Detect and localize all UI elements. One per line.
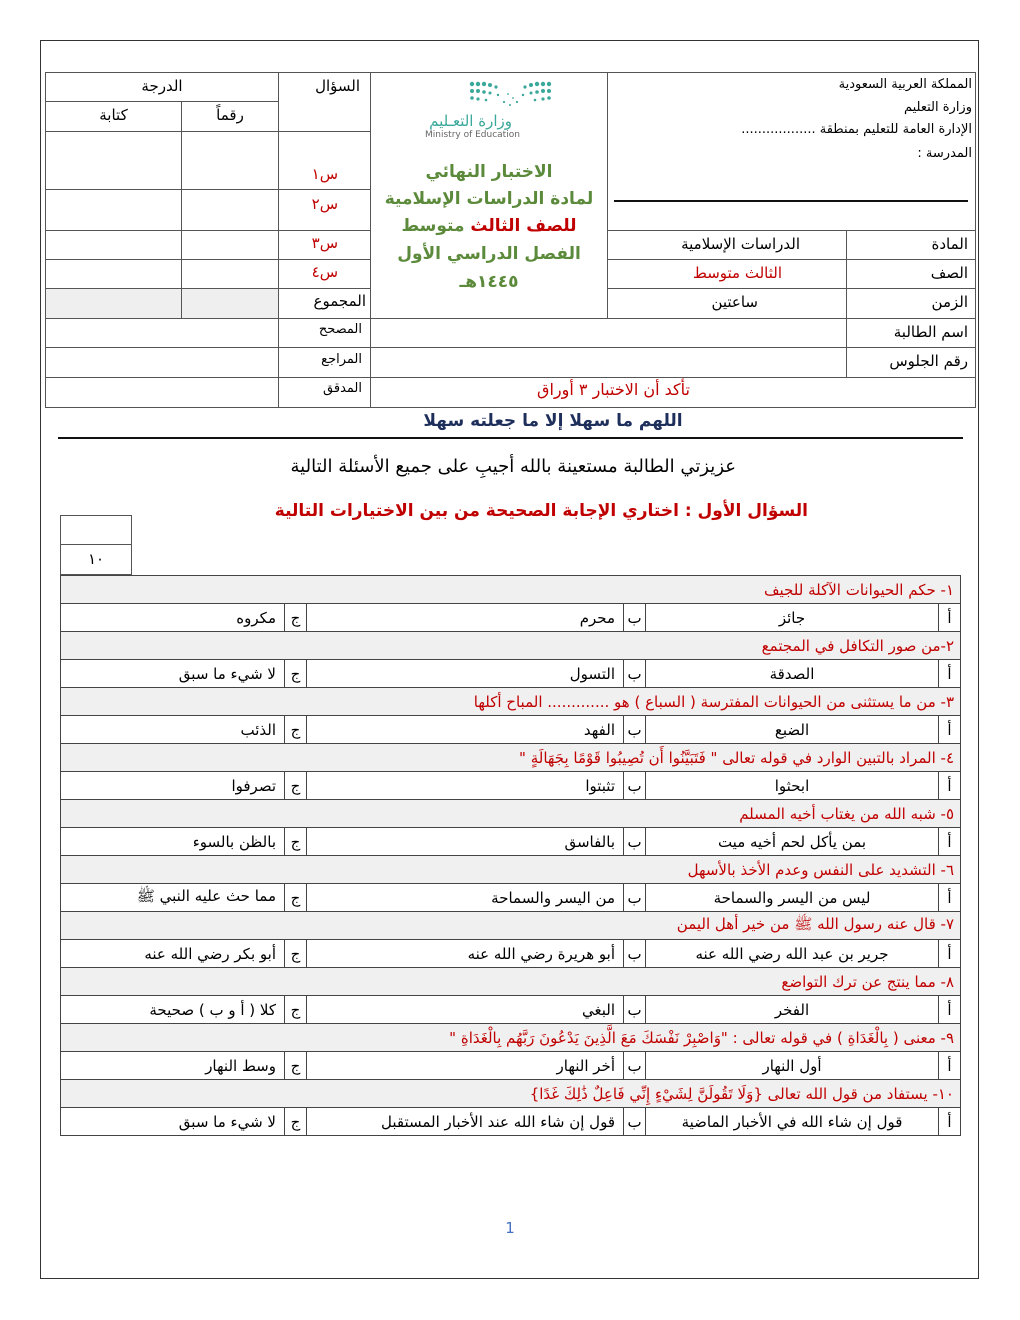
option-letter-c: ج	[285, 828, 307, 856]
option-b[interactable]: قول إن شاء الله عند الأخبار المستقبل	[307, 1108, 624, 1136]
options-row: أالصدقةبالتسولجلا شيء ما سبق	[61, 660, 961, 688]
option-c[interactable]: تصرفوا	[61, 772, 285, 800]
options-row: أقول إن شاء الله في الأخبار الماضيةبقول …	[61, 1108, 961, 1136]
grade-value: الثالث متوسط	[693, 264, 782, 282]
exam-title-year: ١٤٤٥هـ	[370, 272, 608, 292]
option-a[interactable]: الضبع	[646, 716, 939, 744]
q4-words-cell[interactable]	[45, 259, 182, 289]
option-letter-c: ج	[285, 604, 307, 632]
option-letter-b: ب	[624, 716, 646, 744]
option-c[interactable]: لا شيء ما سبق	[61, 1108, 285, 1136]
reviewer-field[interactable]	[45, 347, 279, 378]
question-row: ٤- المراد بالتبين الوارد في قوله تعالى "…	[61, 744, 961, 772]
q3-words-cell[interactable]	[45, 230, 182, 260]
q4-label: س٤	[312, 263, 338, 281]
question-row: ٨- مما ينتج عن ترك التواضع	[61, 968, 961, 996]
question-row: ١٠- يستفاد من قول الله تعالى {وَلَا تَقُ…	[61, 1080, 961, 1108]
option-letter-a: أ	[939, 772, 961, 800]
page-number: 1	[0, 1219, 1020, 1237]
option-b[interactable]: من اليسر والسماحة	[307, 884, 624, 912]
total-words-cell[interactable]	[45, 288, 182, 319]
options-row: أابحثوابتثبتواجتصرفوا	[61, 772, 961, 800]
option-a[interactable]: جائز	[646, 604, 939, 632]
option-letter-a: أ	[939, 604, 961, 632]
option-letter-b: ب	[624, 1108, 646, 1136]
options-row: أليس من اليسر والسماحةبمن اليسر والسماحة…	[61, 884, 961, 912]
exam-title-line1: الاختبار النهائي	[370, 162, 608, 182]
school-divider-line	[614, 200, 968, 202]
instruction-text: عزيزتي الطالبة مستعينة بالله أجيبِ على ج…	[291, 456, 736, 477]
option-c[interactable]: مما حث عليه النبي ﷺ	[61, 884, 285, 912]
subject-label: المادة	[931, 235, 968, 253]
option-b[interactable]: الفهد	[307, 716, 624, 744]
ministry-text: وزارة التعليم	[904, 100, 972, 115]
exam-title-line2: لمادة الدراسات الإسلامية	[370, 189, 608, 209]
option-letter-c: ج	[285, 660, 307, 688]
question-row: ٥- شبه الله من يغتاب أخيه المسلم	[61, 800, 961, 828]
option-letter-a: أ	[939, 996, 961, 1024]
subject-value: الدراسات الإسلامية	[681, 235, 800, 253]
option-c[interactable]: مكروه	[61, 604, 285, 632]
question-row: ٦- التشديد على النفس وعدم الأخذ بالأسهل	[61, 856, 961, 884]
checker-field[interactable]	[45, 377, 279, 408]
exam-title-level: متوسط	[401, 216, 464, 236]
options-row: أجائزبمحرمجمكروه	[61, 604, 961, 632]
corrector-field[interactable]	[45, 318, 279, 348]
option-a[interactable]: بمن يأكل لحم أخيه ميت	[646, 828, 939, 856]
question-row: ٧- قال عنه رسول الله ﷺ من خير أهل اليمن	[61, 912, 961, 940]
question-text: ٥- شبه الله من يغتاب أخيه المسلم	[61, 800, 961, 828]
option-letter-c: ج	[285, 1108, 307, 1136]
option-b[interactable]: محرم	[307, 604, 624, 632]
q1-label: س١	[312, 165, 338, 183]
options-row: أالفخربالبغيجكلا ( أ و ب ) صحيحة	[61, 996, 961, 1024]
reviewer-label: المراجع	[321, 352, 362, 367]
seat-number-label: رقم الجلوس	[889, 352, 968, 370]
q1-words-cell[interactable]	[45, 131, 182, 190]
option-b[interactable]: بالفاسق	[307, 828, 624, 856]
kingdom-text: المملكة العربية السعودية	[839, 77, 972, 92]
option-b[interactable]: التسول	[307, 660, 624, 688]
option-b[interactable]: تثبتوا	[307, 772, 624, 800]
logo-english-text: Ministry of Education	[425, 130, 520, 140]
ministry-logo-icon	[468, 80, 553, 108]
options-row: أجرير بن عبد الله رضي الله عنهبأبو هريرة…	[61, 940, 961, 968]
question-text: ١- حكم الحيوانات الآكلة للجيف	[61, 576, 961, 604]
question-text: ٩- معنى ( بِالْغَدَاةِ ) في قوله تعالى :…	[61, 1024, 961, 1052]
option-letter-a: أ	[939, 1052, 961, 1080]
option-a[interactable]: جرير بن عبد الله رضي الله عنه	[646, 940, 939, 968]
option-letter-b: ب	[624, 1052, 646, 1080]
section1-title: السؤال الأول : اختاري الإجابة الصحيحة من…	[275, 501, 808, 521]
option-letter-b: ب	[624, 660, 646, 688]
option-a[interactable]: أول النهار	[646, 1052, 939, 1080]
option-letter-b: ب	[624, 884, 646, 912]
q2-words-cell[interactable]	[45, 189, 182, 231]
time-label: الزمن	[932, 293, 968, 311]
option-a[interactable]: ليس من اليسر والسماحة	[646, 884, 939, 912]
school-label: المدرسة :	[917, 146, 972, 161]
option-letter-c: ج	[285, 996, 307, 1024]
grade-label: الصف	[931, 264, 968, 282]
question-row: ٢-من صور التكافل في المجتمع	[61, 632, 961, 660]
question-text: ٧- قال عنه رسول الله ﷺ من خير أهل اليمن	[61, 912, 961, 940]
option-b[interactable]: أبو هريرة رضي الله عنه	[307, 940, 624, 968]
question-text: ٢-من صور التكافل في المجتمع	[61, 632, 961, 660]
prayer-divider	[58, 437, 963, 439]
questions-table: ١- حكم الحيوانات الآكلة للجيفأجائزبمحرمج…	[60, 575, 961, 1136]
prayer-text: اللهم ما سهلا إلا ما جعلته سهلا	[0, 411, 1020, 431]
option-letter-c: ج	[285, 1052, 307, 1080]
q3-label: س٣	[312, 234, 338, 252]
question-text: ٨- مما ينتج عن ترك التواضع	[61, 968, 961, 996]
option-a[interactable]: ابحثوا	[646, 772, 939, 800]
exam-title-line4: الفصل الدراسي الأول	[370, 244, 608, 264]
question-text: ٤- المراد بالتبين الوارد في قوله تعالى "…	[61, 744, 961, 772]
total-digits-cell[interactable]	[181, 288, 279, 319]
option-letter-b: ب	[624, 996, 646, 1024]
question-text: ٦- التشديد على النفس وعدم الأخذ بالأسهل	[61, 856, 961, 884]
option-letter-a: أ	[939, 660, 961, 688]
exam-title-grade: للصف الثالث	[470, 216, 576, 236]
words-col-label: كتابة	[45, 106, 182, 124]
grade-col-label: الدرجة	[45, 77, 279, 95]
question-row: ١- حكم الحيوانات الآكلة للجيف	[61, 576, 961, 604]
q4-digits-cell[interactable]	[181, 259, 279, 289]
option-letter-a: أ	[939, 716, 961, 744]
option-a[interactable]: قول إن شاء الله في الأخبار الماضية	[646, 1108, 939, 1136]
options-row: أبمن يأكل لحم أخيه ميتببالفاسقجبالظن بال…	[61, 828, 961, 856]
option-a[interactable]: الصدقة	[646, 660, 939, 688]
options-row: أأول النهاربأخر النهارجوسط النهار	[61, 1052, 961, 1080]
option-letter-b: ب	[624, 828, 646, 856]
exam-title-line3: للصف الثالث متوسط	[370, 216, 608, 236]
option-c[interactable]: الذئب	[61, 716, 285, 744]
question-col-label: السؤال	[315, 77, 360, 95]
option-c[interactable]: لا شيء ما سبق	[61, 660, 285, 688]
question-row: ٩- معنى ( بِالْغَدَاةِ ) في قوله تعالى :…	[61, 1024, 961, 1052]
option-c[interactable]: أبو بكر رضي الله عنه	[61, 940, 285, 968]
time-value: ساعتين	[711, 293, 758, 311]
student-name-label: اسم الطالبة	[894, 323, 968, 341]
q2-digits-cell[interactable]	[181, 189, 279, 231]
option-letter-c: ج	[285, 772, 307, 800]
option-c[interactable]: كلا ( أ و ب ) صحيحة	[61, 996, 285, 1024]
options-row: أالضبعبالفهدجالذئب	[61, 716, 961, 744]
option-a[interactable]: الفخر	[646, 996, 939, 1024]
section1-score-total: ١٠	[60, 550, 132, 568]
option-letter-b: ب	[624, 940, 646, 968]
option-c[interactable]: بالظن بالسوء	[61, 828, 285, 856]
option-letter-a: أ	[939, 828, 961, 856]
option-letter-a: أ	[939, 1108, 961, 1136]
checker-label: المدقق	[323, 381, 362, 396]
option-letter-b: ب	[624, 772, 646, 800]
q1-digits-cell[interactable]	[181, 131, 279, 190]
question-text: ١٠- يستفاد من قول الله تعالى {وَلَا تَقُ…	[61, 1080, 961, 1108]
option-b[interactable]: أخر النهار	[307, 1052, 624, 1080]
q2-label: س٢	[312, 195, 338, 213]
logo-arabic-text: وزارة التعـليم	[429, 112, 512, 130]
option-letter-c: ج	[285, 940, 307, 968]
option-letter-a: أ	[939, 940, 961, 968]
digits-col-label: رقماً	[181, 106, 279, 124]
question-text: ٣- من ما يستثنى من الحيوانات المفترسة ( …	[61, 688, 961, 716]
pages-note: تأكد أن الاختبار ٣ أوراق	[537, 380, 690, 399]
q3-digits-cell[interactable]	[181, 230, 279, 260]
question-row: ٣- من ما يستثنى من الحيوانات المفترسة ( …	[61, 688, 961, 716]
corrector-label: المصحح	[319, 322, 362, 337]
section1-score-earned[interactable]	[60, 515, 132, 545]
option-b[interactable]: البغي	[307, 996, 624, 1024]
option-letter-b: ب	[624, 604, 646, 632]
directorate-text: الإدارة العامة للتعليم بمنطقة ..........…	[741, 122, 972, 137]
option-letter-c: ج	[285, 884, 307, 912]
option-letter-a: أ	[939, 884, 961, 912]
option-c[interactable]: وسط النهار	[61, 1052, 285, 1080]
option-letter-c: ج	[285, 716, 307, 744]
total-label: المجموع	[314, 292, 366, 310]
